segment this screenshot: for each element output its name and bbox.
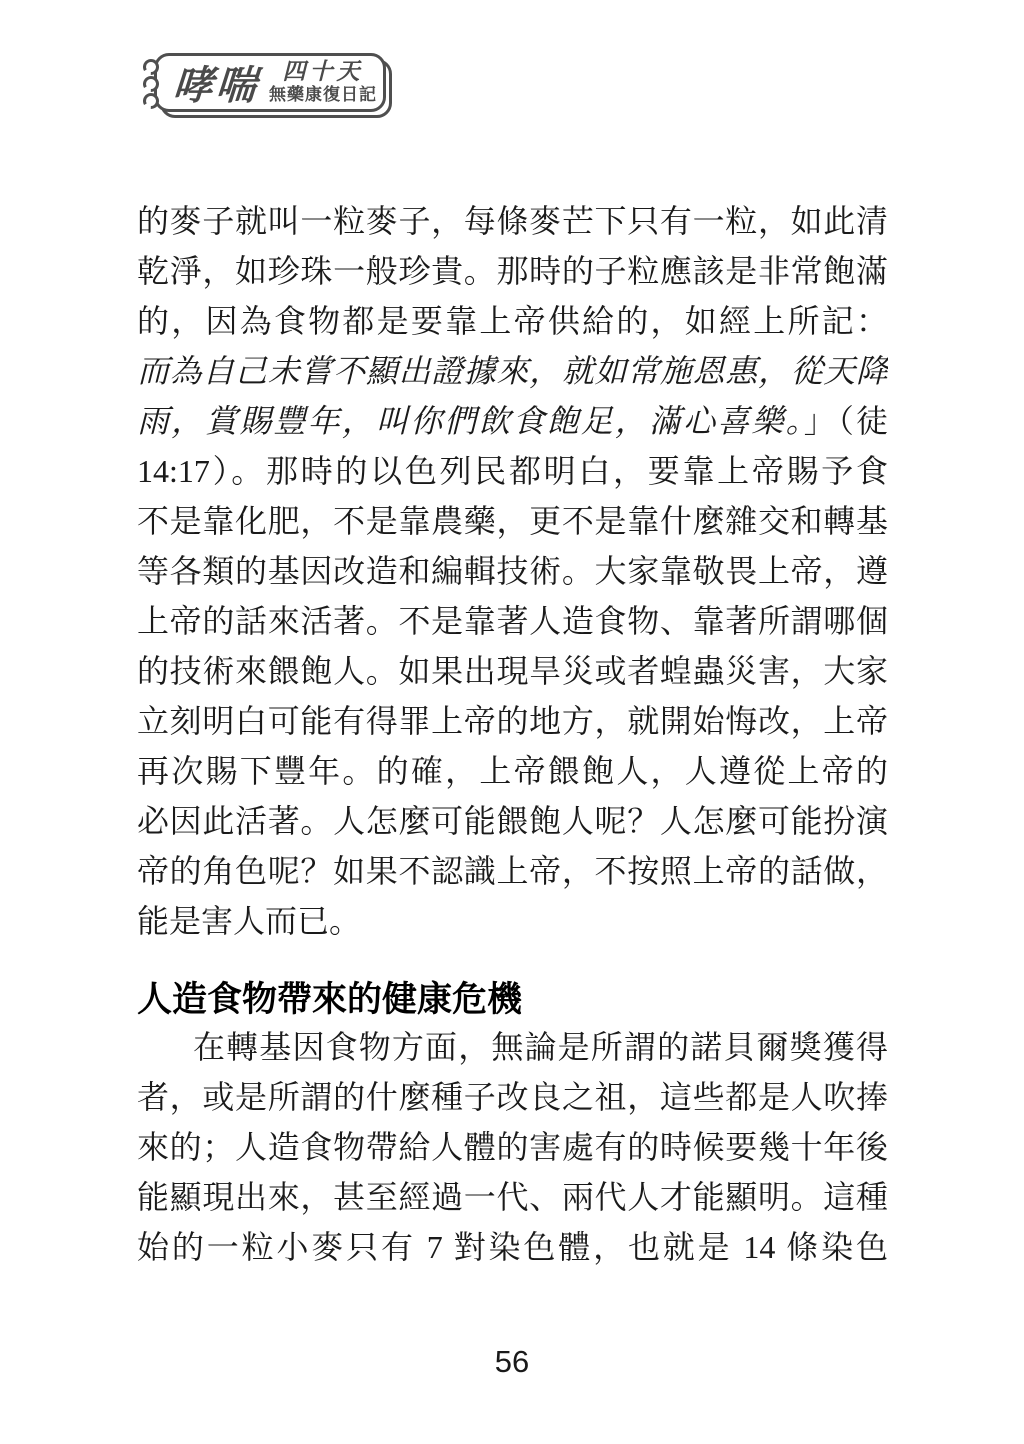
text-line: 立刻明白可能有得罪上帝的地方，就開始悔改，上帝則 <box>137 696 888 746</box>
text-line: 在轉基因食物方面，無論是所謂的諾貝爾獎獲得 <box>137 1022 888 1072</box>
logo-subtitle-top: 四十天 <box>283 58 364 84</box>
text-line: 等各類的基因改造和編輯技術。大家靠敬畏上帝，遵從 <box>137 546 888 596</box>
text-segment: 再次賜下豐年。的確，上帝餵飽人，人遵從上帝的話， <box>137 753 888 796</box>
text-line: 能顯現出來，甚至經過一代、兩代人才能顯明。這種原 <box>137 1172 888 1222</box>
text-segment: 的，因為食物都是要靠上帝供給的，如經上所記：「 <box>137 303 888 346</box>
text-line: 不是靠化肥，不是靠農藥，更不是靠什麼雜交和轉基因 <box>137 496 888 546</box>
main-text: 的麥子就叫一粒麥子，每條麥芒下只有一粒，如此清潔 乾淨，如珍珠一般珍貴。那時的子… <box>137 196 888 1272</box>
text-segment: 的技術來餵飽人。如果出現旱災或者蝗蟲災害，大家就 <box>137 653 888 696</box>
text-line: 乾淨，如珍珠一般珍貴。那時的子粒應該是非常飽滿 <box>137 246 888 296</box>
book-logo: 哮喘 四十天 無藥康復日記 <box>140 53 386 112</box>
text-line: 能是害人而已。 <box>137 896 888 946</box>
text-line: 再次賜下豐年。的確，上帝餵飽人，人遵從上帝的話， <box>137 746 888 796</box>
logo-subtitles: 四十天 無藥康復日記 <box>269 58 377 105</box>
spiral-binding-icon <box>140 58 168 114</box>
logo-subtitle-bottom: 無藥康復日記 <box>269 84 377 105</box>
text-line: 的技術來餵飽人。如果出現旱災或者蝗蟲災害，大家就 <box>137 646 888 696</box>
quote-segment: 雨，賞賜豐年，叫你們飲食飽足，滿心喜樂。 <box>137 403 804 439</box>
book-page: 哮喘 四十天 無藥康復日記 的麥子就叫一粒麥子，每條麥芒下只有一粒，如此清潔 乾… <box>0 0 1024 1444</box>
quote-segment: 而為自己未嘗不顯出證據來，就如常施恩惠，從天降 <box>137 353 888 389</box>
page-number: 56 <box>0 1344 1024 1380</box>
text-segment: 立刻明白可能有得罪上帝的地方，就開始悔改，上帝則 <box>137 703 888 746</box>
text-segment: 者，或是所謂的什麼種子改良之祖，這些都是人吹捧出 <box>137 1079 888 1122</box>
text-line: 的，因為食物都是要靠上帝供給的，如經上所記：「然 <box>137 296 888 346</box>
text-segment: 」（徒 <box>804 403 888 439</box>
text-segment: 等各類的基因改造和編輯技術。大家靠敬畏上帝，遵從 <box>137 553 888 596</box>
section-heading: 人造食物帶來的健康危機 <box>137 978 888 1022</box>
text-line: 者，或是所謂的什麼種子改良之祖，這些都是人吹捧出 <box>137 1072 888 1122</box>
text-segment: 能顯現出來，甚至經過一代、兩代人才能顯明。這種原 <box>137 1179 888 1222</box>
text-segment: 來的；人造食物帶給人體的害處有的時候要幾十年後才 <box>137 1129 888 1172</box>
text-segment: 乾淨，如珍珠一般珍貴。那時的子粒應該是非常飽滿 <box>137 253 888 289</box>
text-line: 必因此活著。人怎麼可能餵飽人呢？人怎麼可能扮演上 <box>137 796 888 846</box>
text-segment: 不是靠化肥，不是靠農藥，更不是靠什麼雜交和轉基因 <box>137 503 888 546</box>
logo-frame: 哮喘 四十天 無藥康復日記 <box>154 53 386 112</box>
text-line: 帝的角色呢？如果不認識上帝，不按照上帝的話做，只 <box>137 846 888 896</box>
text-segment: 在轉基因食物方面，無論是所謂的諾貝爾獎獲得 <box>193 1029 888 1065</box>
text-line: 始的一粒小麥只有 7 對染色體，也就是 14 條染色體。 <box>137 1222 888 1272</box>
text-segment: 帝的角色呢？如果不認識上帝，不按照上帝的話做，只 <box>137 853 888 896</box>
text-line: 上帝的話來活著。不是靠著人造食物、靠著所謂哪個人 <box>137 596 888 646</box>
text-line: 雨，賞賜豐年，叫你們飲食飽足，滿心喜樂。」（徒 <box>137 396 888 446</box>
text-segment: 必因此活著。人怎麼可能餵飽人呢？人怎麼可能扮演上 <box>137 803 888 846</box>
text-line: 14:17）。那時的以色列民都明白，要靠上帝賜予食物， <box>137 446 888 496</box>
text-segment: 能是害人而已。 <box>137 903 361 939</box>
text-segment: 上帝的話來活著。不是靠著人造食物、靠著所謂哪個人 <box>137 603 888 646</box>
text-segment: 的麥子就叫一粒麥子，每條麥芒下只有一粒，如此清潔 <box>137 203 888 246</box>
paragraph-1: 的麥子就叫一粒麥子，每條麥芒下只有一粒，如此清潔 乾淨，如珍珠一般珍貴。那時的子… <box>137 196 888 946</box>
text-segment: 始的一粒小麥只有 7 對染色體，也就是 14 條染色體。 <box>137 1229 888 1272</box>
text-line: 來的；人造食物帶給人體的害處有的時候要幾十年後才 <box>137 1122 888 1172</box>
logo-title: 哮喘 <box>171 54 261 111</box>
text-line: 而為自己未嘗不顯出證據來，就如常施恩惠，從天降 <box>137 346 888 396</box>
text-segment: 14:17）。那時的以色列民都明白，要靠上帝賜予食物， <box>137 453 888 496</box>
text-line: 的麥子就叫一粒麥子，每條麥芒下只有一粒，如此清潔 <box>137 196 888 246</box>
paragraph-2: 在轉基因食物方面，無論是所謂的諾貝爾獎獲得 者，或是所謂的什麼種子改良之祖，這些… <box>137 1022 888 1272</box>
